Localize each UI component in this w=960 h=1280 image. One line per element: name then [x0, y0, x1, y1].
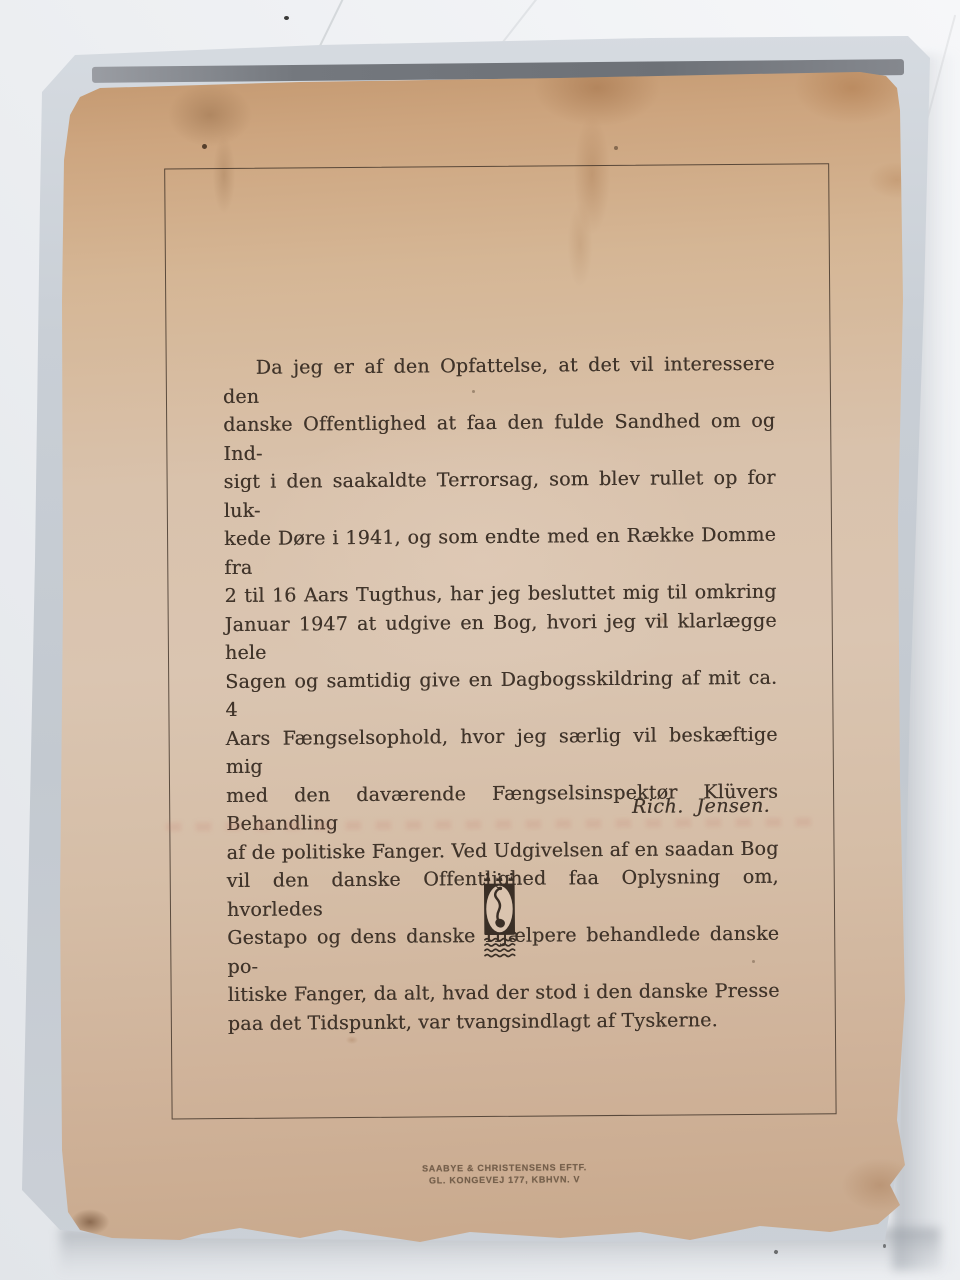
note-line: litiske Fanger, da alt, hvad der stod i …	[228, 977, 780, 1010]
book-back-cover: Da jeg er af den Opfattelse, at det vil …	[52, 60, 914, 1252]
printer-imprint: SAABYE & CHRISTENSENS EFTF. GL. KONGEVEJ…	[172, 1160, 837, 1188]
table-surface: Da jeg er af den Opfattelse, at det vil …	[0, 0, 960, 1280]
note-line: 2 til 16 Aars Tugthus, har jeg besluttet…	[224, 578, 776, 611]
printer-mark-icon	[481, 872, 519, 960]
note-line: paa det Tidspunkt, var tvangsindlagt af …	[228, 1005, 780, 1038]
note-line: danske Offentlighed at faa den fulde San…	[223, 407, 775, 468]
signature: Rich. Jensen.	[226, 795, 778, 821]
note-line: sigt i den saakaldte Terrorsag, som blev…	[224, 464, 776, 525]
note-line: kede Døre i 1941, og som endte med en Ræ…	[224, 521, 776, 582]
note-line: Sagen og samtidig give en Dagbogsskildri…	[225, 663, 777, 724]
note-line: Januar 1947 at udgive en Bog, hvori jeg …	[225, 606, 777, 667]
note-line: Aars Fængselsophold, hvor jeg særlig vil…	[226, 720, 778, 781]
note-line: Da jeg er af den Opfattelse, at det vil …	[223, 350, 775, 411]
note-line: af de politiske Fanger. Ved Udgivelsen a…	[226, 834, 778, 867]
printed-area: Da jeg er af den Opfattelse, at det vil …	[47, 57, 918, 1256]
surface-speck	[284, 16, 289, 20]
